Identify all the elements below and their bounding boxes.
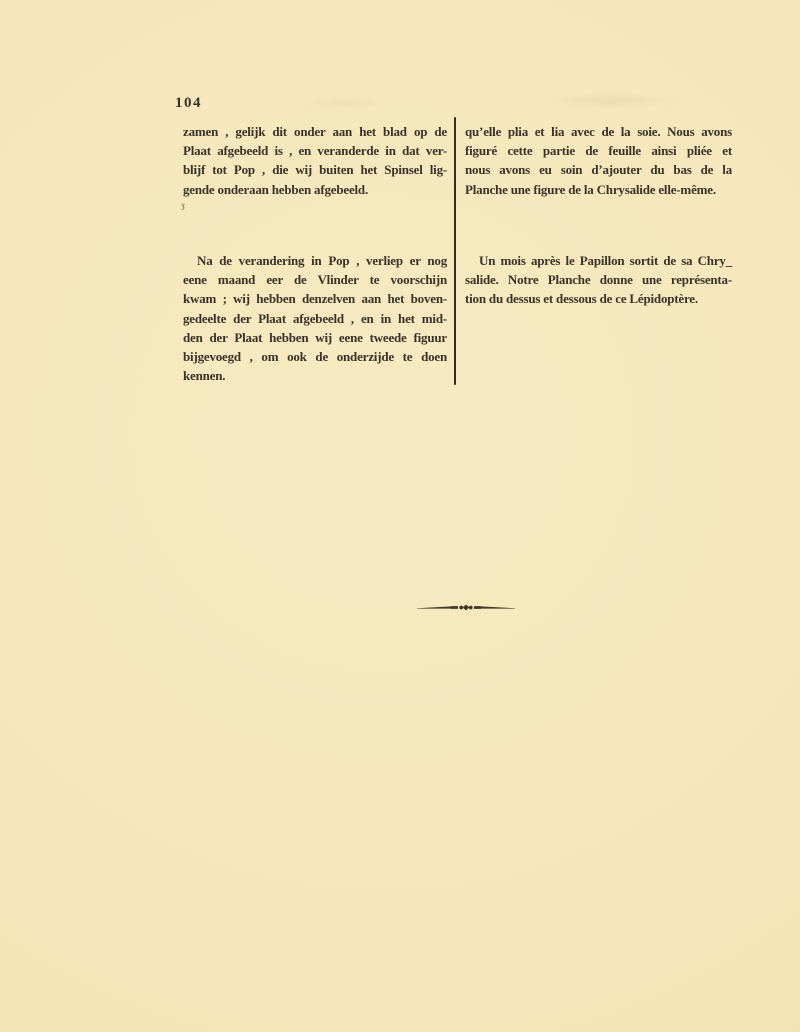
text-line: nous avons eu soin d’ajouter du bas de l… <box>465 160 732 179</box>
paper-smudge <box>300 96 390 110</box>
text-line: kwam ; wij hebben denzelven aan het bove… <box>183 289 447 308</box>
swelled-rule-icon <box>417 603 515 612</box>
text-line: qu’elle plia et lia avec de la soie. Nou… <box>465 122 732 141</box>
french-paragraph-2: Un mois après le Papillon sortit de sa C… <box>465 251 732 309</box>
text-line: Na de verandering in Pop , verliep er no… <box>183 251 447 270</box>
text-line: blijf tot Pop , die wij buiten het Spins… <box>183 160 447 179</box>
text-line: figuré cette partie de feuille ainsi pli… <box>465 141 732 160</box>
page-number: 104 <box>175 95 202 112</box>
text-line: Planche une figure de la Chrysalide elle… <box>465 180 732 199</box>
text-line: bijgevoegd , om ook de onderzijde te doe… <box>183 347 447 366</box>
text-line: eene maand eer de Vlinder te voorschijn <box>183 270 447 289</box>
dutch-paragraph-1: zamen , gelijk dit onder aan het blad op… <box>183 122 447 199</box>
ink-blemish: ʒ <box>180 200 185 210</box>
dutch-paragraph-2: Na de verandering in Pop , verliep er no… <box>183 251 447 385</box>
text-line: den der Plaat hebben wij eene tweede fig… <box>183 328 447 347</box>
text-line: tion du dessus et dessous de ce Lépidopt… <box>465 289 732 308</box>
column-divider-rule <box>454 117 456 385</box>
text-line: Un mois après le Papillon sortit de sa C… <box>465 251 732 270</box>
text-line: salide. Notre Planche donne une représen… <box>465 270 732 289</box>
text-line: gende onderaan hebben afgebeeld. <box>183 180 447 199</box>
text-line: kennen. <box>183 366 447 385</box>
book-page-scan: 104 zamen , gelijk dit onder aan het bla… <box>0 0 800 1032</box>
text-line: zamen , gelijk dit onder aan het blad op… <box>183 122 447 141</box>
paper-smudge <box>540 92 680 110</box>
ornament-divider <box>417 603 515 612</box>
text-line: gedeelte der Plaat afgebeeld , en in het… <box>183 309 447 328</box>
text-line: Plaat afgebeeld is , en veranderde in da… <box>183 141 447 160</box>
french-paragraph-1: qu’elle plia et lia avec de la soie. Nou… <box>465 122 732 199</box>
